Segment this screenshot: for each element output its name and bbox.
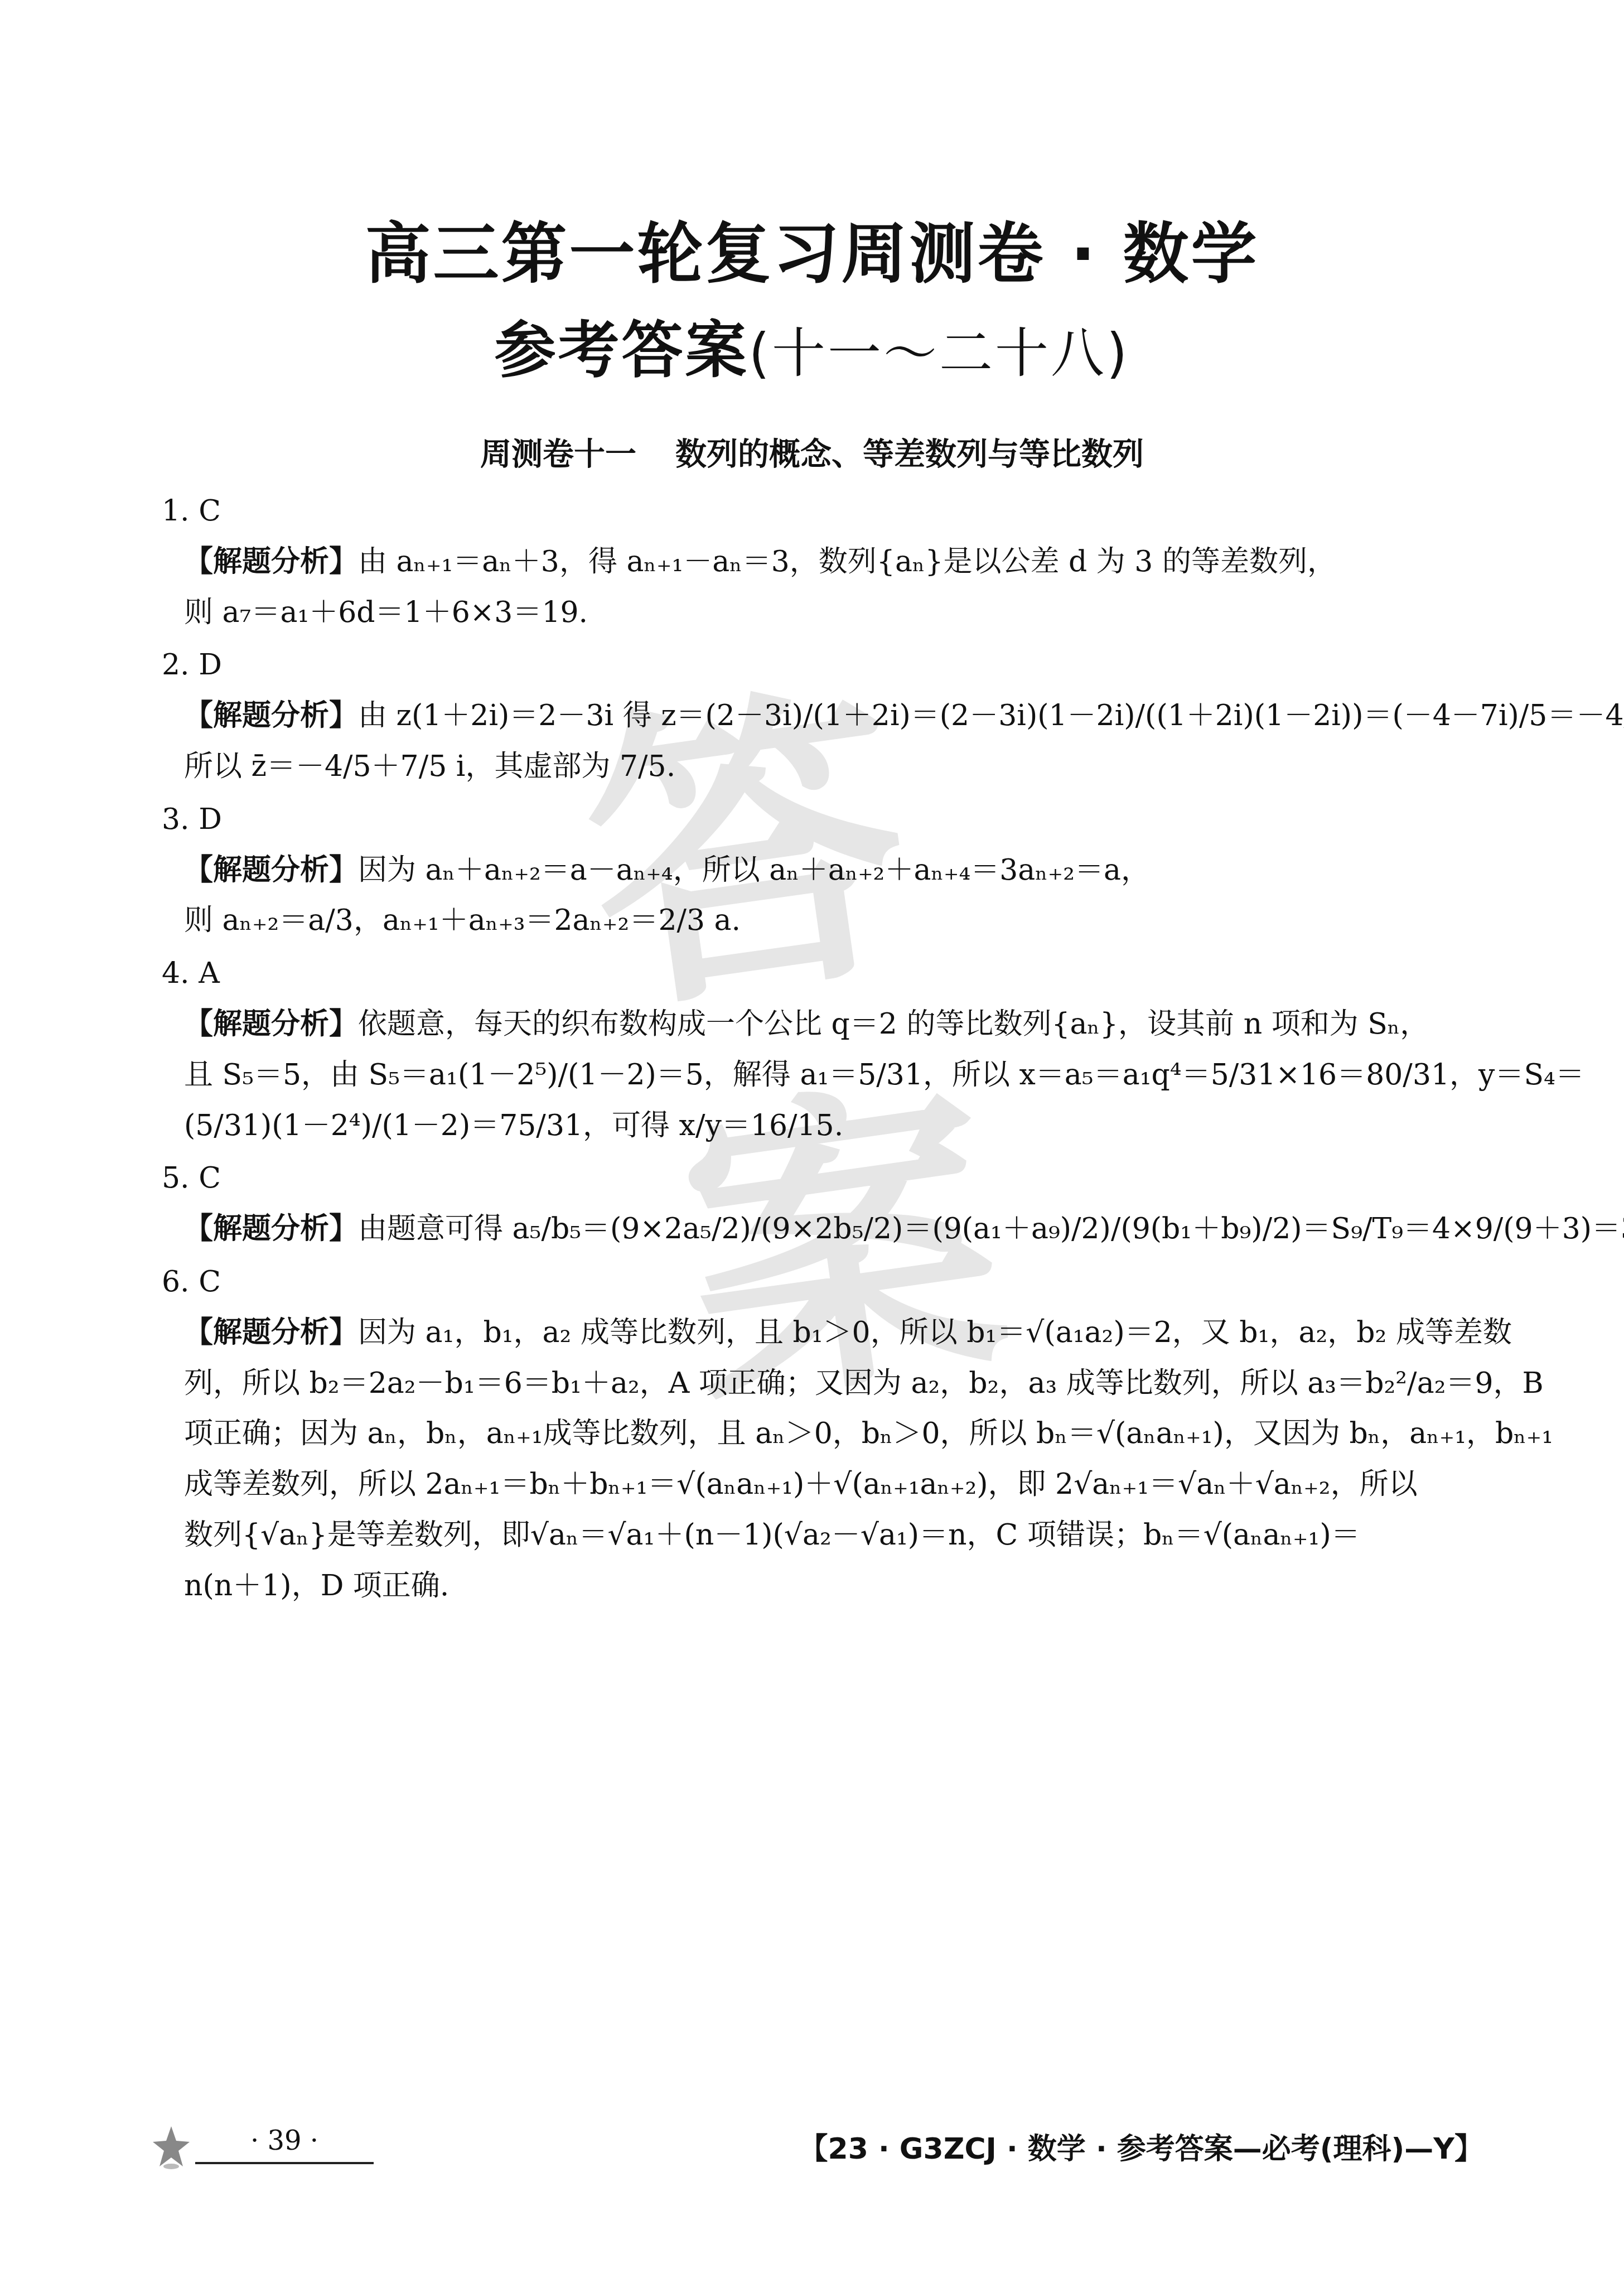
analysis-line: 数列{√aₙ}是等差数列，即√aₙ＝√a₁＋(n－1)(√a₂－√a₁)＝n，C… bbox=[184, 1515, 1472, 1556]
subtitle-range: (十一～二十八) bbox=[749, 322, 1130, 384]
page-footer: · 39 · 【23 · G3ZCJ · 数学 · 参考答案—必考(理科)—Y】 bbox=[0, 2125, 1624, 2192]
subtitle-text: 参考答案 bbox=[495, 315, 749, 386]
analysis-line: 【解题分析】因为 a₁，b₁，a₂ 成等比数列，且 b₁＞0，所以 b₁＝√(a… bbox=[184, 1312, 1472, 1353]
document-subtitle: 参考答案(十一～二十八) bbox=[0, 301, 1624, 389]
analysis-tag: 【解题分析】 bbox=[184, 545, 358, 578]
analysis-line: 【解题分析】由 aₙ₊₁＝aₙ＋3，得 aₙ₊₁－aₙ＝3，数列{aₙ}是以公差… bbox=[184, 542, 1472, 582]
analysis-line: (5/31)(1－2⁴)/(1－2)＝75/31，可得 x/y＝16/15. bbox=[184, 1106, 1472, 1146]
page-number: · 39 · bbox=[195, 2125, 374, 2164]
analysis-tag: 【解题分析】 bbox=[184, 699, 358, 732]
answers-list: 1. C 【解题分析】由 aₙ₊₁＝aₙ＋3，得 aₙ₊₁－aₙ＝3，数列{aₙ… bbox=[162, 491, 1472, 1619]
analysis-line: 列，所以 b₂＝2a₂－b₁＝6＝b₁＋a₂，A 项正确；又因为 a₂，b₂，a… bbox=[184, 1363, 1472, 1404]
analysis-line: 【解题分析】因为 aₙ＋aₙ₊₂＝a－aₙ₊₄，所以 aₙ＋aₙ₊₂＋aₙ₊₄＝… bbox=[184, 850, 1472, 891]
analysis-line: n(n＋1)，D 项正确. bbox=[184, 1566, 1472, 1606]
analysis-tag: 【解题分析】 bbox=[184, 1316, 358, 1349]
analysis-text: 因为 aₙ＋aₙ₊₂＝a－aₙ₊₄，所以 aₙ＋aₙ₊₂＋aₙ₊₄＝3aₙ₊₂＝… bbox=[358, 853, 1150, 887]
answer-choice: 3. D bbox=[162, 799, 1472, 840]
analysis-line: 则 a₇＝a₁＋6d＝1＋6×3＝19. bbox=[184, 592, 1472, 633]
analysis-text: 由 z(1＋2i)＝2－3i 得 z＝(2－3i)/(1＋2i)＝(2－3i)(… bbox=[358, 699, 1624, 732]
answer-item-5: 5. C 【解题分析】由题意可得 a₅/b₅＝(9×2a₅/2)/(9×2b₅/… bbox=[162, 1158, 1472, 1249]
section-number: 周测卷十一 bbox=[480, 436, 636, 472]
analysis-tag: 【解题分析】 bbox=[184, 1212, 358, 1246]
analysis-text: 因为 a₁，b₁，a₂ 成等比数列，且 b₁＞0，所以 b₁＝√(a₁a₂)＝2… bbox=[358, 1316, 1512, 1349]
answer-choice: 6. C bbox=[162, 1262, 1472, 1302]
document-code: 【23 · G3ZCJ · 数学 · 参考答案—必考(理科)—Y】 bbox=[799, 2125, 1483, 2167]
document-title: 高三第一轮复习周测卷 · 数学 bbox=[0, 201, 1624, 296]
analysis-line: 【解题分析】由题意可得 a₅/b₅＝(9×2a₅/2)/(9×2b₅/2)＝(9… bbox=[184, 1209, 1472, 1249]
analysis-tag: 【解题分析】 bbox=[184, 853, 358, 887]
analysis-line: 则 aₙ₊₂＝a/3，aₙ₊₁＋aₙ₊₃＝2aₙ₊₂＝2/3 a. bbox=[184, 900, 1472, 941]
answer-choice: 1. C bbox=[162, 491, 1472, 532]
analysis-line: 所以 z̄＝－4/5＋7/5 i，其虚部为 7/5. bbox=[184, 746, 1472, 787]
answer-item-3: 3. D 【解题分析】因为 aₙ＋aₙ₊₂＝a－aₙ₊₄，所以 aₙ＋aₙ₊₂＋… bbox=[162, 799, 1472, 941]
section-topic: 数列的概念、等差数列与等比数列 bbox=[675, 436, 1144, 472]
analysis-text: 由 aₙ₊₁＝aₙ＋3，得 aₙ₊₁－aₙ＝3，数列{aₙ}是以公差 d 为 3… bbox=[358, 545, 1336, 578]
answer-sheet-page: 答 案 高三第一轮复习周测卷 · 数学 参考答案(十一～二十八) 周测卷十一数列… bbox=[0, 0, 1624, 2283]
answer-item-1: 1. C 【解题分析】由 aₙ₊₁＝aₙ＋3，得 aₙ₊₁－aₙ＝3，数列{aₙ… bbox=[162, 491, 1472, 633]
star-logo-icon bbox=[152, 2125, 191, 2170]
analysis-line: 【解题分析】依题意，每天的织布数构成一个公比 q＝2 的等比数列{aₙ}，设其前… bbox=[184, 1004, 1472, 1045]
analysis-line: 【解题分析】由 z(1＋2i)＝2－3i 得 z＝(2－3i)/(1＋2i)＝(… bbox=[184, 696, 1472, 736]
answer-choice: 2. D bbox=[162, 645, 1472, 686]
answer-choice: 5. C bbox=[162, 1158, 1472, 1199]
answer-choice: 4. A bbox=[162, 953, 1472, 994]
answer-item-4: 4. A 【解题分析】依题意，每天的织布数构成一个公比 q＝2 的等比数列{aₙ… bbox=[162, 953, 1472, 1146]
analysis-line: 成等差数列，所以 2aₙ₊₁＝bₙ＋bₙ₊₁＝√(aₙaₙ₊₁)＋√(aₙ₊₁a… bbox=[184, 1464, 1472, 1505]
analysis-text: 由题意可得 a₅/b₅＝(9×2a₅/2)/(9×2b₅/2)＝(9(a₁＋a₉… bbox=[358, 1212, 1624, 1246]
analysis-line: 项正确；因为 aₙ，bₙ，aₙ₊₁成等比数列，且 aₙ＞0，bₙ＞0，所以 bₙ… bbox=[184, 1413, 1472, 1454]
analysis-tag: 【解题分析】 bbox=[184, 1007, 358, 1041]
answer-item-2: 2. D 【解题分析】由 z(1＋2i)＝2－3i 得 z＝(2－3i)/(1＋… bbox=[162, 645, 1472, 786]
analysis-text: 依题意，每天的织布数构成一个公比 q＝2 的等比数列{aₙ}，设其前 n 项和为… bbox=[358, 1007, 1429, 1041]
answer-item-6: 6. C 【解题分析】因为 a₁，b₁，a₂ 成等比数列，且 b₁＞0，所以 b… bbox=[162, 1262, 1472, 1606]
analysis-line: 且 S₅＝5，由 S₅＝a₁(1－2⁵)/(1－2)＝5，解得 a₁＝5/31，… bbox=[184, 1055, 1472, 1095]
section-heading: 周测卷十一数列的概念、等差数列与等比数列 bbox=[0, 429, 1624, 474]
